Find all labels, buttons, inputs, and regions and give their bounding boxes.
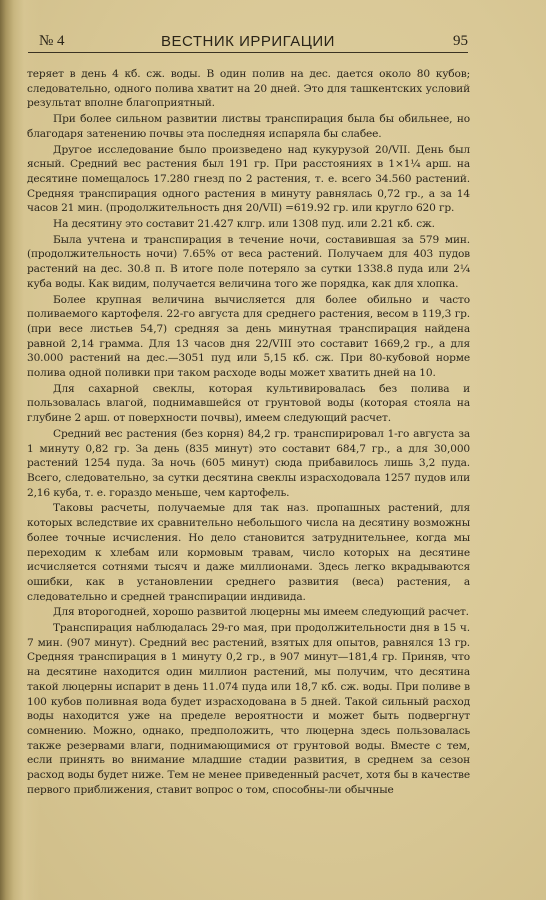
- scanned-page: № 4 ВЕСТНИК ИРРИГАЦИИ 95 теряет в день 4…: [0, 0, 546, 900]
- paragraph: Транспирация наблюдалась 29-го мая, при …: [27, 621, 470, 797]
- paragraph: Средний вес растения (без корня) 84,2 гр…: [27, 427, 470, 501]
- paragraph: Для сахарной свеклы, которая культивиров…: [27, 382, 470, 426]
- paragraph: При более сильном развитии листвы трансп…: [27, 112, 470, 141]
- journal-title: ВЕСТНИК ИРРИГАЦИИ: [28, 33, 468, 50]
- paragraph: Была учтена и транспирация в течение ноч…: [27, 233, 470, 292]
- article-body: теряет в день 4 кб. сж. воды. В один пол…: [27, 67, 470, 798]
- header-rule: [28, 52, 468, 53]
- paragraph: Таковы расчеты, получаемые для так наз. …: [27, 501, 470, 604]
- paragraph: Для второгодней, хорошо развитой люцерны…: [27, 605, 470, 620]
- page-number: 95: [453, 33, 468, 50]
- paragraph: теряет в день 4 кб. сж. воды. В один пол…: [27, 67, 470, 111]
- paragraph: Другое исследование было произведено над…: [27, 143, 470, 217]
- paragraph: Более крупная величина вычисляется для б…: [27, 293, 470, 381]
- paragraph: На десятину это составит 21.427 клгр. ил…: [27, 217, 470, 232]
